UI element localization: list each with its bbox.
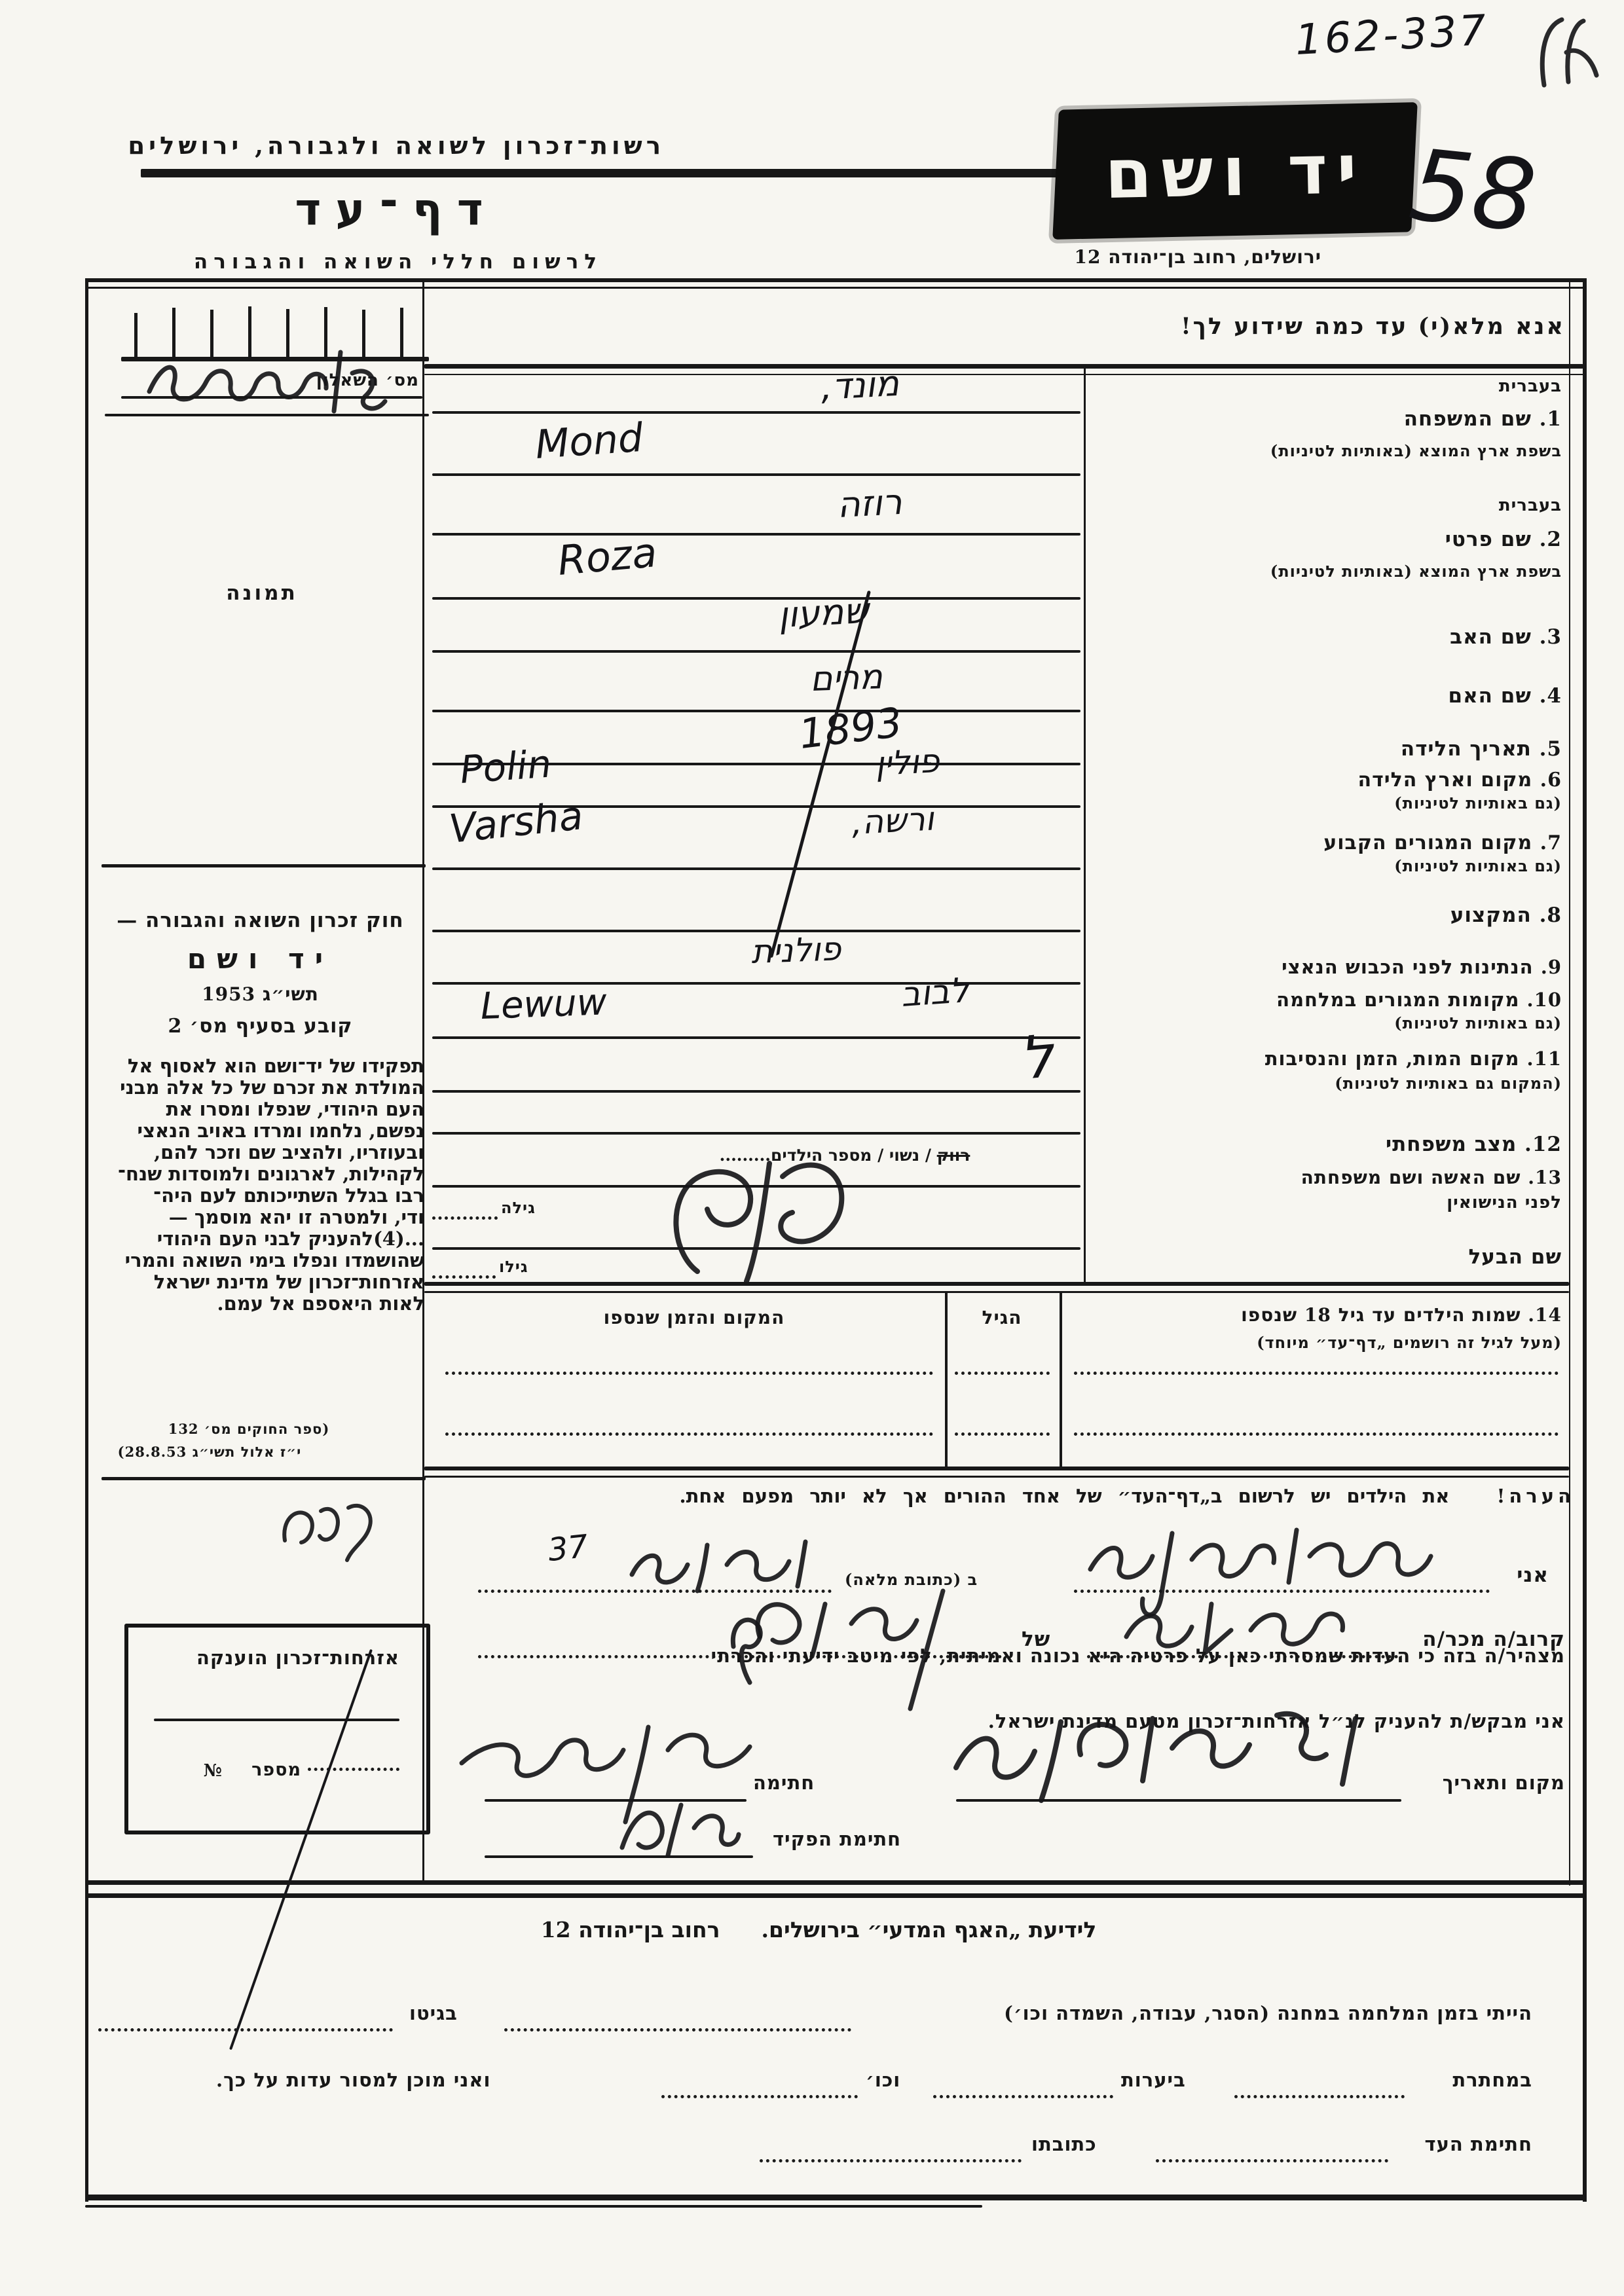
footer-ghetto-line xyxy=(98,2028,393,2032)
field-10-label: 10. מקומות המגורים במלחמה xyxy=(1276,989,1562,1011)
instruction-rule xyxy=(424,364,1583,369)
field-12-label: 12. מצב משפחתי xyxy=(1386,1133,1562,1156)
photo-placeholder-label: תמונה xyxy=(196,581,327,605)
field-1-sublabel: בשפת ארץ המוצא (באותיות לטיניות) xyxy=(1270,441,1562,460)
questionnaire-number-handwritten xyxy=(144,346,413,421)
line-marital-status xyxy=(432,1132,1080,1135)
law-year: תשי״ג 1953 xyxy=(98,983,422,1005)
law-paragraph: תפקידו של יד־ושם הוא לאסוף אל המולדת את … xyxy=(98,1055,424,1315)
label-column-divider xyxy=(1084,367,1086,1283)
clerk-initials xyxy=(609,1795,740,1861)
table-col-age: הגיל xyxy=(947,1307,1057,1328)
law-reference-1: (ספר החוקים מס׳ 132 xyxy=(151,1421,347,1437)
citizenship-number-line xyxy=(308,1768,399,1771)
law-reference-2: י״ז אלול תשי״ג 28.8.53) xyxy=(111,1444,308,1460)
place-date-entry xyxy=(943,1702,1401,1807)
table-top-rule xyxy=(424,1282,1569,1286)
wife-age-line xyxy=(432,1216,498,1220)
note-text: את הילדים יש לרשום ב„דף־העד״ של אחד ההור… xyxy=(680,1485,1450,1507)
citizenship-number-mark: № xyxy=(196,1761,223,1781)
table-col-place-time: המקום והזמן שנספו xyxy=(458,1307,930,1328)
file-number-handwritten: 162-337 xyxy=(1294,7,1490,65)
footer-testify-label: ואני מוכן למסור עדות על כך. xyxy=(216,2069,490,2091)
footer-address-label: כתובתו xyxy=(1031,2133,1097,2155)
table-row2-name-line xyxy=(1074,1432,1559,1436)
wife-age-label: גילה xyxy=(501,1198,536,1217)
header-rule xyxy=(141,169,1113,177)
husband-name-scrawl xyxy=(658,1140,868,1294)
field-7-label: 7. מקום המגורים הקבוע xyxy=(1323,831,1562,854)
footer-title-address: רחוב בן־יהודה 12 xyxy=(541,1917,720,1942)
entry-family-name-latin: Mond xyxy=(534,415,644,468)
line-first-latin xyxy=(432,597,1080,600)
marital-option-single: רווק xyxy=(937,1146,970,1165)
footer-forests-line xyxy=(933,2095,1113,2098)
entry-birth-place-latin: Polin xyxy=(458,741,553,792)
field-9-label: 9. הנתינות לפני הכבוש הנאצי xyxy=(1282,956,1562,978)
note-line: הערה! את הילדים יש לרשום ב„דף־העד״ של אח… xyxy=(452,1485,1575,1507)
yad-vashem-logo-text: יד ושם xyxy=(1103,128,1366,213)
box-border-bottom xyxy=(85,2195,1587,2200)
husband-name-label: שם הבעל xyxy=(1469,1245,1562,1269)
table-row2-age-line xyxy=(955,1432,1050,1436)
footer-camp-line xyxy=(504,2028,851,2032)
box-border-top2 xyxy=(85,287,1586,289)
declaration-line-1: מצהיר/ה בזה כי העדות שמסרתי כאן על פרטיה… xyxy=(711,1645,1565,1667)
sidebar-rule-bottom xyxy=(101,1477,426,1480)
line-death-place xyxy=(432,1090,1080,1093)
line-residence xyxy=(432,867,1080,870)
form-title: דף־עד xyxy=(275,183,517,236)
field-11-sublabel: (המקום גם באותיות לטיניות) xyxy=(1335,1074,1562,1093)
law-name: יד ושם xyxy=(98,943,422,975)
footer-ghetto-label: בגיטו xyxy=(409,2002,458,2024)
field-6-label: 6. מקום וארץ הלידה xyxy=(1357,769,1562,792)
field-2-sublabel: בשפת ארץ המוצא (באותיות לטיניות) xyxy=(1270,562,1562,581)
field-8-label: 8. המקצוע xyxy=(1450,903,1562,927)
footer-address-line xyxy=(760,2159,1022,2162)
testimony-page: רשות־זכרון לשואה ולגבורה, ירושלים דף־עד … xyxy=(0,0,1624,2296)
place-date-label: מקום ותאריך xyxy=(1443,1772,1565,1794)
form-subtitle: לרשום חללי השואה והגבורה xyxy=(203,250,602,274)
law-section: קובע בסעיף מס׳ 2 xyxy=(98,1015,422,1038)
authority-title: רשות־זכרון לשואה ולגבורה, ירושלים xyxy=(141,131,665,160)
field-2-lang: בעברית xyxy=(1499,496,1562,515)
entry-war-residence-hebrew: לבוב xyxy=(900,971,970,1015)
footer-forests-label: ביערות xyxy=(1121,2069,1186,2091)
entry-residence-hebrew: ורשה, xyxy=(851,799,935,842)
logo-address: ירושלים, רחוב בן־יהודה 12 xyxy=(1001,246,1321,268)
field-5-label: 5. תאריך הלידה xyxy=(1401,737,1562,761)
entry-citizenship: פולנית xyxy=(750,930,841,971)
entry-family-name-hebrew: מונד, xyxy=(820,363,900,408)
line-war-residence xyxy=(432,1036,1080,1039)
field-10-sublabel: (גם באותיות לטיניות) xyxy=(1394,1013,1562,1032)
footer-title-row: לידיעת „האגף המדעי״ בירושלים. רחוב בן־יה… xyxy=(537,1917,1100,1942)
box-border-bottom-smear xyxy=(85,2205,982,2208)
citizenship-box-title: אזרחות־זכרון הוענקה xyxy=(151,1647,399,1669)
line-father xyxy=(432,650,1080,653)
footer-title: לידיעת „האגף המדעי״ בירושלים. xyxy=(762,1917,1097,1942)
table-row1-name-line xyxy=(1074,1372,1559,1375)
section-rule-1 xyxy=(85,1880,1586,1885)
table-bottom-rule xyxy=(424,1467,1569,1470)
clerk-signature-label: חתימת הפקיד xyxy=(773,1828,901,1850)
field-13-label: 13. שם האשה ושם משפחתה xyxy=(1301,1167,1562,1188)
sidebar-rule-top xyxy=(101,864,426,867)
footer-etc-label: וכו׳ xyxy=(866,2069,900,2091)
entry-father-name: שמעון xyxy=(777,590,870,636)
line-family-he xyxy=(432,411,1080,414)
instruction-rule2 xyxy=(424,374,1583,375)
husband-age-line xyxy=(432,1275,496,1279)
footer-line1-label: הייתי בזמן המלחמה במחנה (הסגר, עבודה, הש… xyxy=(1004,2002,1532,2024)
corner-clerk-mark xyxy=(1532,13,1604,92)
witness-address-number: 37 xyxy=(546,1528,590,1569)
note-label: הערה! xyxy=(1497,1485,1575,1507)
table-bottom-rule2 xyxy=(424,1476,1569,1478)
law-heading: חוק זכרון השואה והגבורה — xyxy=(98,909,422,932)
field-14-label: 14. שמות הילדים עד גיל 18 שנספו xyxy=(1241,1304,1562,1326)
citizenship-number-label: מספר xyxy=(229,1760,301,1780)
sidebar-note-handwritten xyxy=(275,1485,393,1570)
field-14-sublabel: (מעל לגיל זה רושמים „דף־עד״ מיוחד) xyxy=(1257,1333,1562,1352)
box-border-right-inner xyxy=(1569,278,1570,1886)
witness-name xyxy=(1080,1520,1473,1595)
entry-war-residence-latin: Lewuw xyxy=(480,981,608,1028)
rows-slash xyxy=(769,591,871,958)
footer-witness-signature-line xyxy=(1156,2159,1388,2162)
line-first-he xyxy=(432,533,1080,536)
footer-witness-signature-label: חתימת העד xyxy=(1425,2133,1532,2155)
field-1-lang: בעברית xyxy=(1499,376,1562,396)
box-border-top xyxy=(85,278,1586,282)
table-divider-age-right xyxy=(1060,1291,1062,1470)
field-13-sublabel: לפני הנישואין xyxy=(1447,1193,1562,1212)
field-7-sublabel: (גם באותיות לטיניות) xyxy=(1394,856,1562,875)
line-mother xyxy=(432,710,1080,712)
table-top-rule2 xyxy=(424,1291,1569,1293)
box-border-left xyxy=(85,278,88,2202)
death-place-entry: ל xyxy=(1017,1022,1056,1093)
entry-birth-place-hebrew: פולין xyxy=(874,742,940,783)
box-border-right xyxy=(1583,278,1587,2202)
field-2-label: 2. שם פרטי xyxy=(1445,528,1562,551)
table-row1-age-line xyxy=(955,1372,1050,1375)
entry-first-name-hebrew: רוזה xyxy=(836,481,903,526)
yad-vashem-logo-stamp: יד ושם xyxy=(1052,102,1418,240)
page-number-handwritten: 58 xyxy=(1405,128,1541,255)
questionnaire-line-1 xyxy=(121,396,422,399)
field-6-sublabel: (גם באותיות לטיניות) xyxy=(1394,793,1562,812)
fill-instruction: אנא מלא(י) עד כמה שידוע לך! xyxy=(1181,313,1565,340)
field-3-label: 3. שם האב xyxy=(1450,625,1562,649)
field-11-label: 11. מקום המות, הזמן והנסיבות xyxy=(1265,1048,1562,1070)
line-occupation xyxy=(432,930,1080,932)
husband-age-label: גילו xyxy=(499,1257,528,1276)
entry-first-name-latin: Roza xyxy=(556,528,659,585)
footer-underground-label: במחתרת xyxy=(1452,2069,1532,2091)
questionnaire-line-2 xyxy=(105,414,429,416)
table-row1-place-line xyxy=(445,1372,933,1375)
witness-i-label: אני xyxy=(1517,1563,1549,1587)
citizenship-box-line xyxy=(154,1719,399,1721)
footer-etc-line xyxy=(661,2095,858,2098)
section-rule-2 xyxy=(85,1893,1586,1898)
line-family-latin xyxy=(432,473,1080,476)
entry-residence-latin: Varsha xyxy=(447,793,585,852)
field-1-label: 1. שם המשפחה xyxy=(1404,407,1562,431)
table-row2-place-line xyxy=(445,1432,933,1436)
footer-underground-line xyxy=(1234,2095,1405,2098)
field-4-label: 4. שם האם xyxy=(1449,684,1562,708)
